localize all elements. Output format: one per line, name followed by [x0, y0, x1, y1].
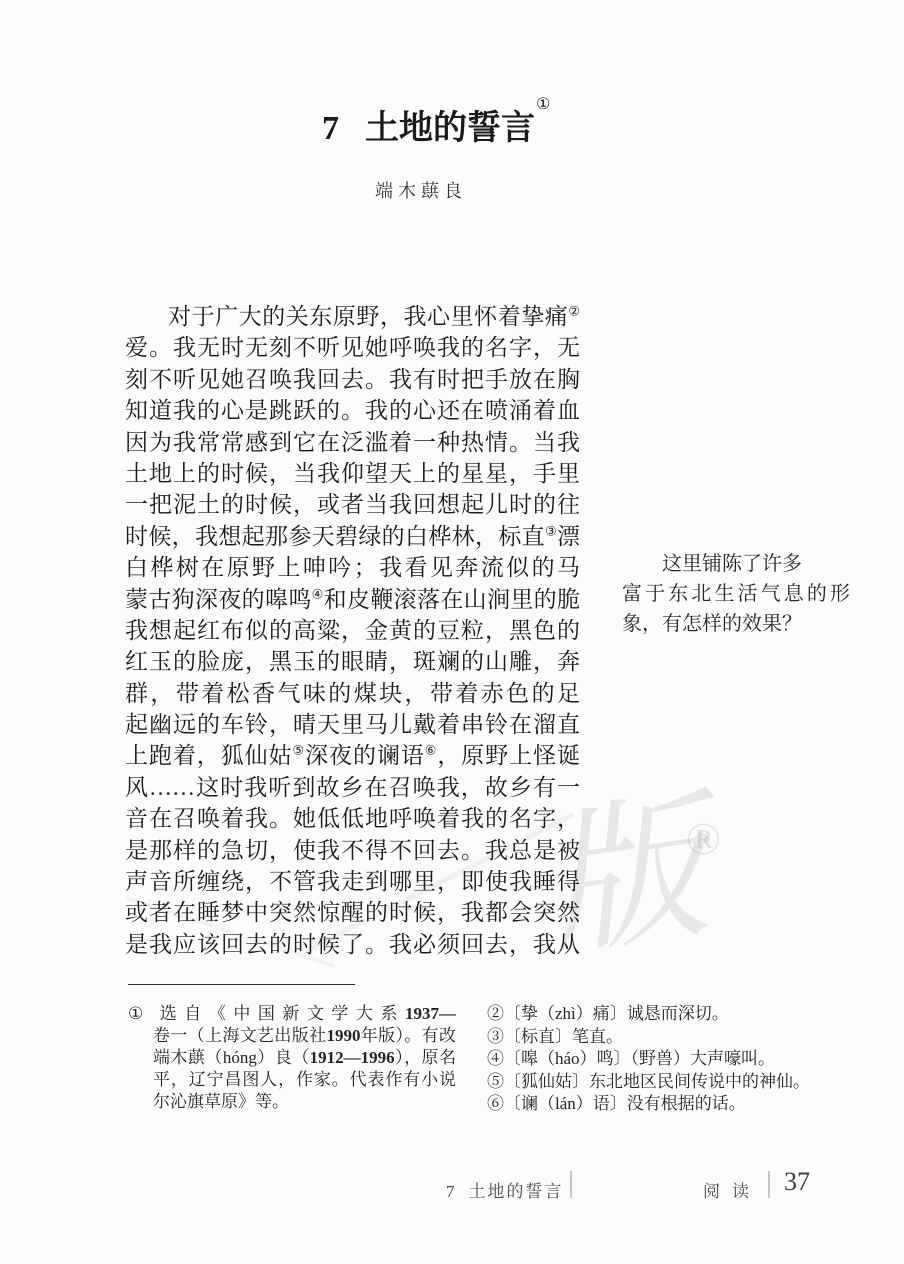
registered-mark-icon: ®: [686, 812, 721, 865]
footnote-item: ⑤〔狐仙姑〕东北地区民间传说中的神仙。: [487, 1071, 819, 1094]
footnote-line: 平，辽宁昌图人，作家。代表作有小说《科: [128, 1069, 456, 1091]
body-line: 是那样的急切，使我不得不回去。我总是被这种: [125, 835, 580, 866]
body-line: 时候，我想起那参天碧绿的白桦林，标直③漂亮的: [125, 521, 580, 552]
textbook-page: 版 ® 7土地的誓言① 端木蕻良 对于广大的关东原野，我心里怀着挚痛②的热 爱。…: [0, 0, 904, 1264]
body-line: 我想起红布似的高粱，金黄的豆粒，黑色的土地，: [125, 615, 580, 646]
footnote-item: ⑥〔谰（lán）语〕没有根据的话。: [487, 1093, 819, 1116]
footer-lesson-label: 7土地的誓言: [446, 1177, 564, 1202]
footnote-line: 卷一（上海文艺出版社1990年版）。有改动。: [128, 1025, 456, 1047]
footnote-line: 尔沁旗草原》等。: [128, 1091, 456, 1113]
body-line: 一把泥土的时候，或者当我回想起儿时的往事的: [125, 489, 580, 520]
body-line: 爱。我无时无刻不听见她呼唤我的名字，无时无: [125, 332, 580, 363]
footer-lesson-number: 7: [446, 1182, 455, 1201]
footnote-text: 选自《中国新文学大系1937—1949·散文》: [128, 1004, 456, 1025]
lesson-title-text: 土地的誓言: [365, 110, 535, 147]
footnote-line: ①选自《中国新文学大系1937—1949·散文》: [128, 1003, 456, 1025]
footnote-source: ①选自《中国新文学大系1937—1949·散文》 卷一（上海文艺出版社1990年…: [128, 1003, 456, 1112]
footnote-item: ②〔挚（zhì）痛〕诚恳而深切。: [487, 1003, 819, 1026]
footer-divider: [768, 1171, 770, 1198]
body-paragraph: 对于广大的关东原野，我心里怀着挚痛②的热 爱。我无时无刻不听见她呼唤我的名字，无…: [125, 301, 580, 960]
margin-note-line: 富于东北生活气息的形: [622, 579, 850, 609]
body-line: 起幽远的车铃，晴天里马儿戴着串铃在溜直的大道: [125, 709, 580, 740]
body-line: 上跑着，狐仙姑⑤深夜的谰语⑥，原野上怪诞的狂: [125, 740, 580, 771]
margin-note-line: 这里铺陈了许多: [622, 549, 850, 579]
lesson-number: 7: [322, 110, 339, 147]
footnote-line: 端木蕻（hóng）良（1912—1996），原名曹京: [128, 1047, 456, 1069]
footer-section-label: 阅读: [703, 1177, 761, 1202]
footnote-separator: [128, 984, 355, 985]
margin-note-line: 象，有怎样的效果？: [622, 609, 850, 639]
body-line: 因为我常常感到它在泛滥着一种热情。当我躺在: [125, 427, 580, 458]
body-line: 土地上的时候，当我仰望天上的星星，手里握着: [125, 458, 580, 489]
body-line: 是我应该回去的时候了。我必须回去，我从来没: [125, 929, 580, 960]
body-line: 对于广大的关东原野，我心里怀着挚痛②的热: [125, 301, 580, 332]
margin-note: 这里铺陈了许多 富于东北生活气息的形 象，有怎样的效果？: [622, 549, 850, 639]
footer-divider: [570, 1171, 572, 1198]
body-line: 风……这时我听到故乡在召唤我，故乡有一种声: [125, 772, 580, 803]
body-line: 或者在睡梦中突然惊醒的时候，我都会突然想到: [125, 897, 580, 928]
footer-page-number: 37: [784, 1167, 810, 1197]
body-line: 红玉的脸庞，黑玉的眼睛，斑斓的山雕，奔驰的鹿: [125, 646, 580, 677]
title-footnote-ref: ①: [536, 96, 550, 113]
footnote-marker: ①: [128, 1004, 151, 1023]
lesson-title: 7土地的誓言①: [322, 100, 550, 149]
body-line: 知道我的心是跳跃的。我的心还在喷涌着血液吧，: [125, 395, 580, 426]
author-name: 端木蕻良: [375, 177, 467, 203]
footer-lesson-title: 土地的誓言: [469, 1182, 564, 1201]
footnote-item: ③〔标直〕笔直。: [487, 1026, 819, 1049]
footnote-item: ④〔嗥（háo）鸣〕（野兽）大声嚎叫。: [487, 1048, 819, 1071]
body-line: 白桦树在原野上呻吟；我看见奔流似的马群，听见: [125, 552, 580, 583]
footnote-definitions: ②〔挚（zhì）痛〕诚恳而深切。 ③〔标直〕笔直。 ④〔嗥（háo）鸣〕（野兽）…: [487, 1003, 819, 1116]
body-line: 刻不听见她召唤我回去。我有时把手放在胸膛上，: [125, 364, 580, 395]
body-line: 群，带着松香气味的煤块，带着赤色的足金；我想: [125, 678, 580, 709]
body-line: 声音所缠绕，不管我走到哪里，即使我睡得很沉，: [125, 866, 580, 897]
body-line: 蒙古狗深夜的嗥鸣④和皮鞭滚落在山涧里的脆响；: [125, 584, 580, 615]
body-line: 音在召唤着我。她低低地呼唤着我的名字，声音: [125, 803, 580, 834]
